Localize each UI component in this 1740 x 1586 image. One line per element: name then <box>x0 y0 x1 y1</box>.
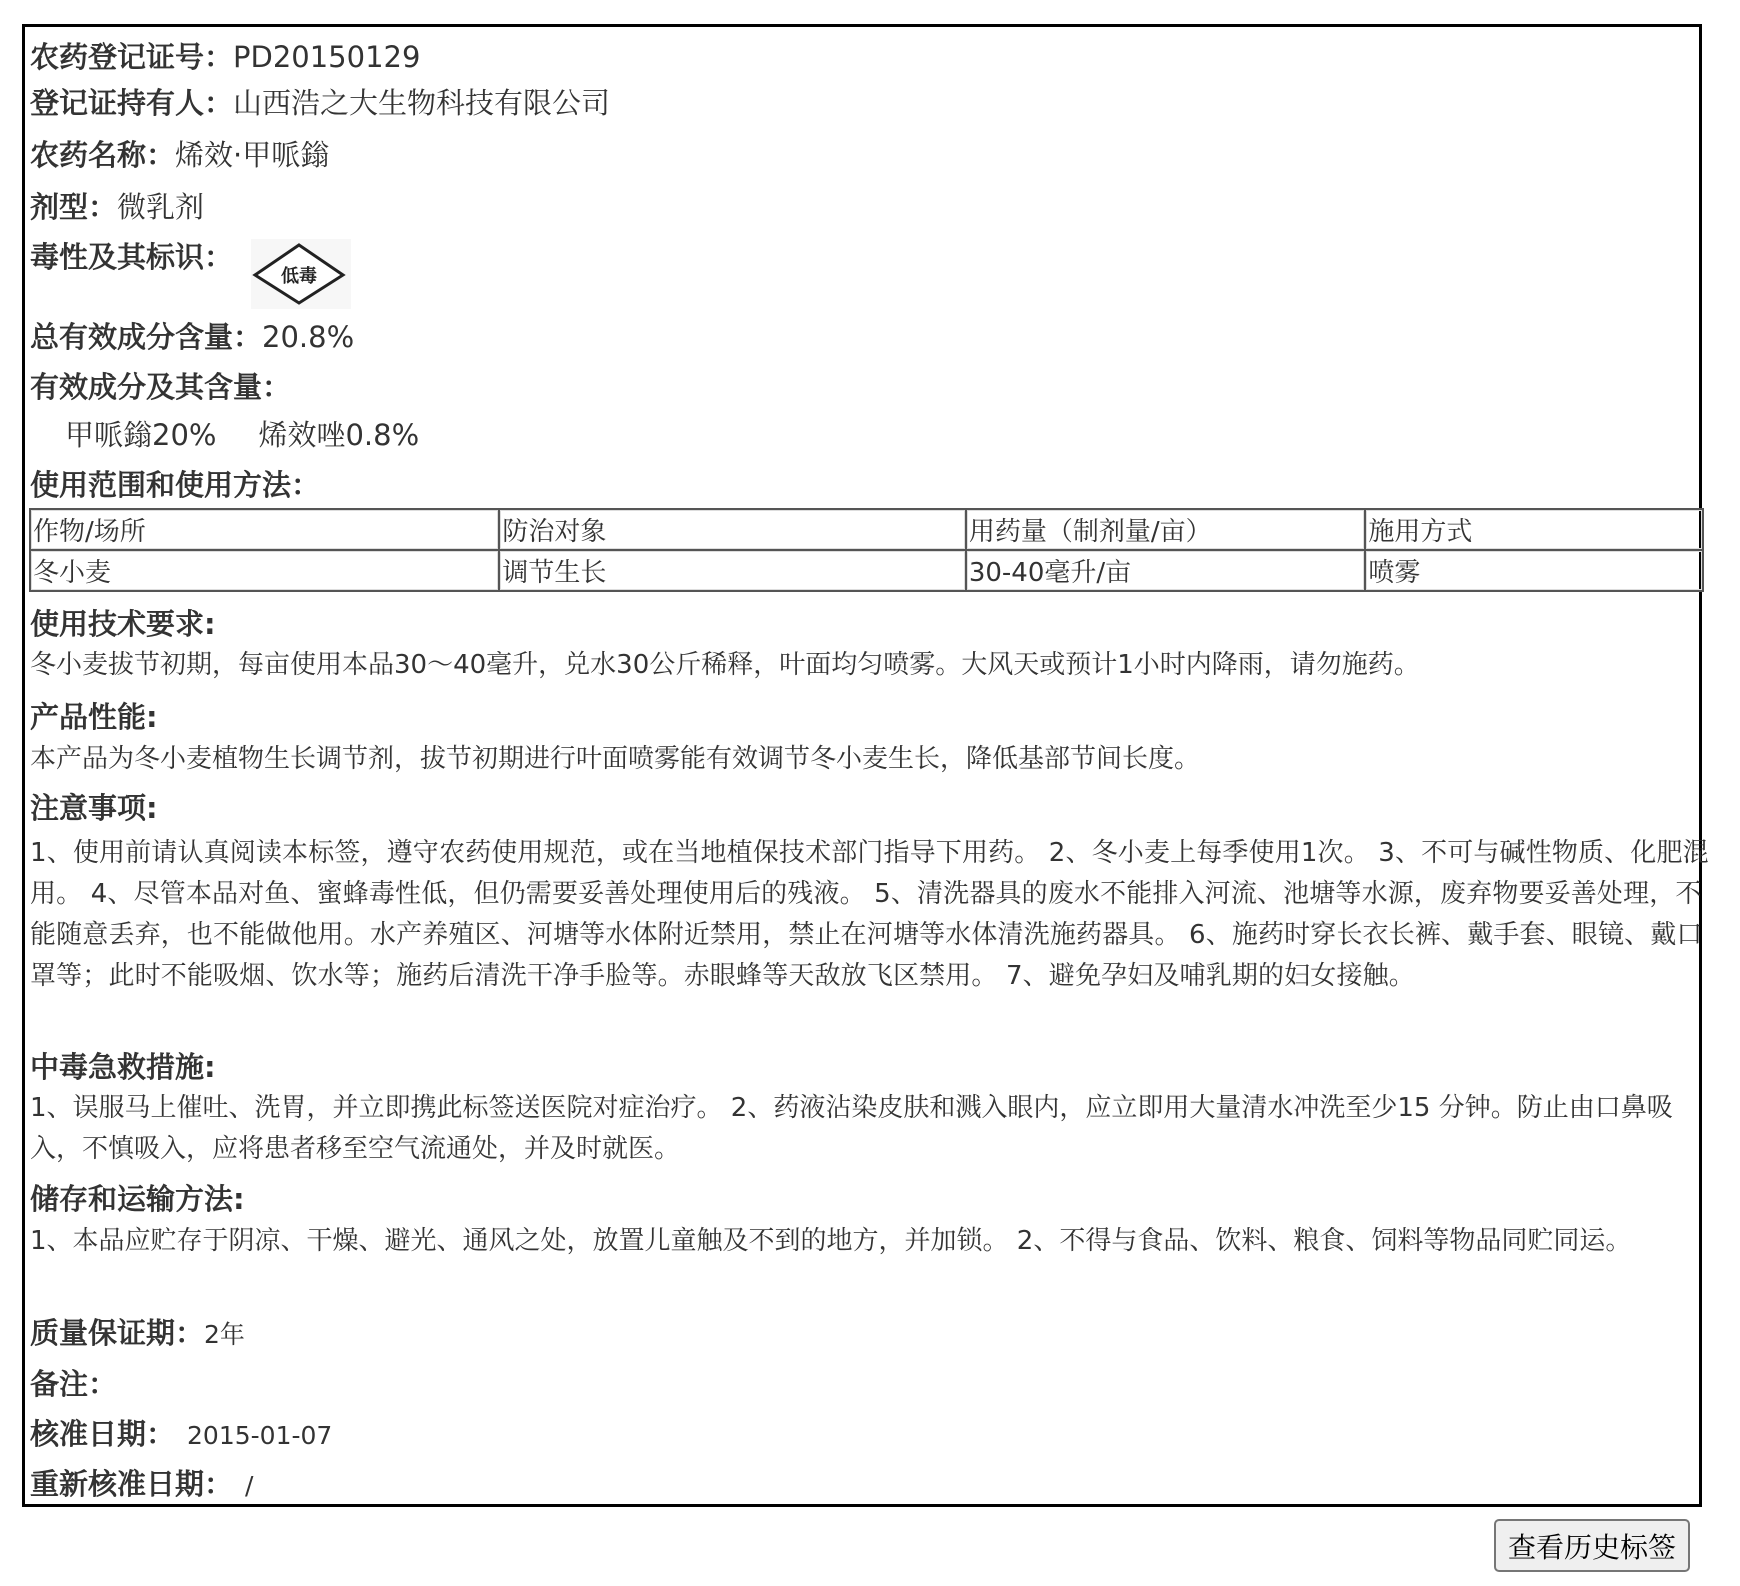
ingredients-heading-row: 有效成分及其含量： <box>30 365 291 406</box>
usage-heading-row: 使用范围和使用方法： <box>30 463 320 504</box>
pesticide-name-label: 农药名称： <box>30 138 175 172</box>
shelf-life-row: 质量保证期：2年 <box>30 1311 245 1352</box>
formulation-row: 剂型：微乳剂 <box>30 185 204 226</box>
remarks-label: 备注： <box>30 1367 117 1401</box>
total-content-value: 20.8% <box>262 320 354 354</box>
first-aid-heading: 中毒急救措施: <box>30 1045 216 1086</box>
low-toxicity-diamond-icon: 低毒 <box>251 239 351 309</box>
ingredient-item: 甲哌鎓20% <box>65 418 216 452</box>
cell-target: 调节生长 <box>499 550 965 591</box>
holder-row: 登记证持有人：山西浩之大生物科技有限公司 <box>30 81 610 122</box>
technical-requirements-heading: 使用技术要求: <box>30 602 216 643</box>
precautions-text: 1、使用前请认真阅读本标签，遵守农药使用规范，或在当地植保技术部门指导下用药。 … <box>30 833 1710 997</box>
approval-date-label: 核准日期： <box>30 1417 175 1451</box>
total-content-label: 总有效成分含量： <box>30 320 262 354</box>
column-header-crop: 作物/场所 <box>30 509 499 550</box>
technical-requirements-text: 冬小麦拔节初期，每亩使用本品30～40毫升，兑水30公斤稀释，叶面均匀喷雾。大风… <box>30 645 1710 686</box>
usage-table-header-row: 作物/场所 防治对象 用药量（制剂量/亩） 施用方式 <box>30 509 1703 550</box>
ingredient-item: 烯效唑0.8% <box>258 418 419 452</box>
reapproval-date-row: 重新核准日期：/ <box>30 1462 253 1503</box>
cell-dosage: 30-40毫升/亩 <box>966 550 1366 591</box>
storage-heading: 储存和运输方法: <box>30 1177 245 1218</box>
registration-no-label: 农药登记证号： <box>30 40 233 74</box>
ingredients-list: 甲哌鎓20%烯效唑0.8% <box>65 413 419 454</box>
column-header-target: 防治对象 <box>499 509 965 550</box>
total-content-row: 总有效成分含量：20.8% <box>30 315 354 356</box>
pesticide-name-value: 烯效·甲哌鎓 <box>175 138 329 172</box>
cell-crop: 冬小麦 <box>30 550 499 591</box>
ingredients-label: 有效成分及其含量： <box>30 370 291 404</box>
pesticide-name-row: 农药名称：烯效·甲哌鎓 <box>30 133 329 174</box>
toxicity-row: 毒性及其标识： 低毒 <box>30 235 351 305</box>
pesticide-label-panel: 农药登记证号：PD20150129 登记证持有人：山西浩之大生物科技有限公司 农… <box>22 24 1702 1507</box>
registration-no-value: PD20150129 <box>233 40 420 74</box>
shelf-life-value: 2年 <box>204 1320 245 1349</box>
holder-value: 山西浩之大生物科技有限公司 <box>233 86 610 120</box>
column-header-method: 施用方式 <box>1365 509 1703 550</box>
precautions-heading: 注意事项: <box>30 786 158 827</box>
performance-text: 本产品为冬小麦植物生长调节剂，拔节初期进行叶面喷雾能有效调节冬小麦生长，降低基部… <box>30 739 1710 780</box>
reapproval-date-label: 重新核准日期： <box>30 1467 233 1501</box>
formulation-value: 微乳剂 <box>117 190 204 224</box>
column-header-dosage: 用药量（制剂量/亩） <box>966 509 1366 550</box>
shelf-life-label: 质量保证期： <box>30 1316 204 1350</box>
formulation-label: 剂型： <box>30 190 117 224</box>
approval-date-row: 核准日期：2015-01-07 <box>30 1412 332 1453</box>
cell-method: 喷雾 <box>1365 550 1703 591</box>
performance-heading: 产品性能: <box>30 695 158 736</box>
holder-label: 登记证持有人： <box>30 86 233 120</box>
svg-text:低毒: 低毒 <box>281 265 317 287</box>
storage-text: 1、本品应贮存于阴凉、干燥、避光、通风之处，放置儿童触及不到的地方，并加锁。 2… <box>30 1221 1710 1262</box>
view-history-labels-button[interactable]: 查看历史标签 <box>1494 1519 1690 1572</box>
table-row: 冬小麦 调节生长 30-40毫升/亩 喷雾 <box>30 550 1703 591</box>
remarks-row: 备注： <box>30 1362 117 1403</box>
toxicity-label: 毒性及其标识： <box>30 240 233 274</box>
registration-no-row: 农药登记证号：PD20150129 <box>30 35 420 76</box>
reapproval-date-value: / <box>245 1471 253 1500</box>
approval-date-value: 2015-01-07 <box>187 1421 332 1450</box>
usage-label: 使用范围和使用方法： <box>30 468 320 502</box>
first-aid-text: 1、误服马上催吐、洗胃，并立即携此标签送医院对症治疗。 2、药液沾染皮肤和溅入眼… <box>30 1088 1710 1170</box>
usage-table: 作物/场所 防治对象 用药量（制剂量/亩） 施用方式 冬小麦 调节生长 30-4… <box>29 508 1704 592</box>
